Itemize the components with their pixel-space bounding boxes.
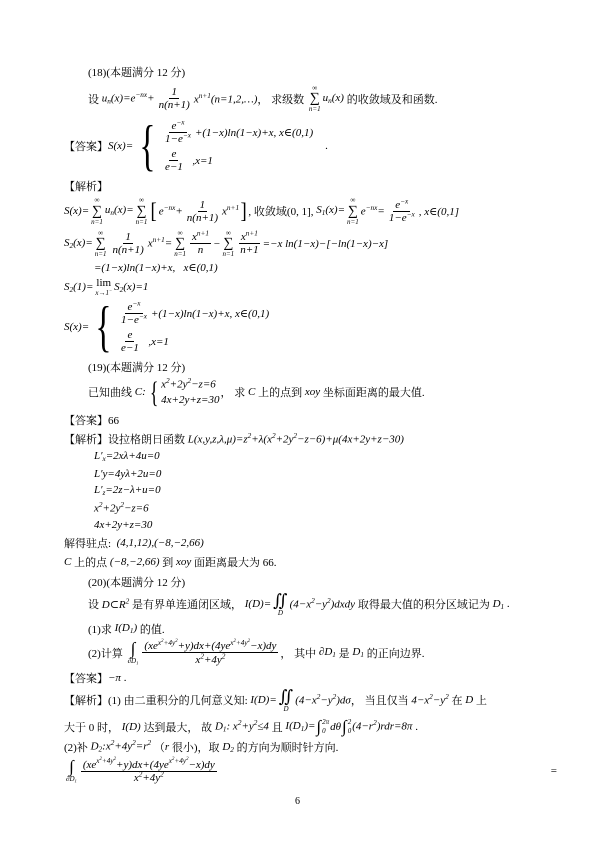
sigma-icon: ∑ [92,205,102,218]
subscript: 2 [70,242,74,250]
math-run: xn+1 [222,205,239,217]
superscript: 2 [161,639,163,644]
text-run: ， 求级数 [257,91,307,107]
sigma-icon: ∑ [137,205,147,218]
math-run: S2(x)=1 [114,281,148,294]
superscript: 2 [114,758,116,763]
case-row: 4x+2y+z=30 [161,394,219,406]
numerator: e−x [393,198,410,211]
subscript: n [328,97,332,105]
case-rows: x2+2y2−z=64x+2y+z=30 [161,378,219,405]
text-run: 是 [336,645,353,661]
math-run: un(x) [323,92,344,105]
numerator: 1 [169,86,179,99]
math-run: n+1 [240,244,258,256]
denominator: e−1 [119,342,141,354]
math-run: e−x [395,199,408,211]
doc-line: (2)计算 ∫∂D1(xex2+4y2+y)dx+(4yex2+4y2−x)dy… [88,640,557,666]
math-run: S1(x)= [316,204,345,217]
math-run: D⊂R2 [102,598,130,611]
superscript: 2 [175,639,177,644]
math-run: 4−x2−y2 [411,694,448,706]
math-run: e−nx= [361,205,385,217]
fraction: ee−1 [163,148,185,173]
superscript: −nx [164,204,176,212]
fraction: ee−1 [119,329,141,354]
double-integral: ∬D [279,688,293,713]
superscript: −x [400,197,408,205]
integral-lower-limit: 0 [348,727,352,736]
superscript: n+1 [197,230,209,238]
text-run: 且 [269,719,286,735]
math-run: (xex2+4y2+y)dx+(4yex2+4y2−x)dy [83,759,215,771]
text-run: 是有界单连通闭区域， [129,596,245,612]
line-left-group: ∫∂D1(xex2+4y2+y)dx+(4yex2+4y2−x)dyx2+4y2 [64,758,219,784]
math-run: (−8,−2,66) [110,556,160,568]
sum-lower-limit: n=1 [309,105,321,113]
superscript: 2 [272,432,276,440]
superscript: 2 [99,501,103,509]
text-run: 上的点 [71,554,110,570]
text-run: 【解析】设拉格朗日函数 [64,431,188,447]
superscript: − [109,289,112,294]
sum-lower-limit: n=1 [174,250,186,258]
integral-icon: ∫ [316,718,321,735]
math-run: e−1 [165,161,183,173]
superscript: 2 [166,377,170,385]
doc-line: 4x+2y+z=30 [94,518,557,532]
fraction: (xex2+4y2+y)dx+(4yex2+4y2−x)dyx2+4y2 [142,640,278,666]
integral-limits: 2π0 [322,718,329,736]
fraction: 1n(n+1) [185,199,220,224]
text-run: 的值. [137,621,165,637]
case-row: e−x1−e−x+(1−x)ln(1−x)+x, x∈(0,1) [161,119,313,145]
doc-line: (18)(本题满分 12 分) [88,64,557,80]
math-run: I(D)= [250,694,276,706]
superscript: −x [176,118,184,126]
math-run: xn+1= [148,237,172,249]
superscript: 2 [248,432,252,440]
superscript: 2 [254,719,258,727]
sigma-icon: ∑ [310,92,320,105]
sigma-icon: ∑ [223,237,233,250]
superscript: 2 [238,719,242,727]
integral: ∫20 [342,718,351,736]
denominator: n+1 [238,244,260,256]
superscript: n+1 [153,236,165,244]
integral-icon: ∫ [131,640,136,657]
integral-icon: ∬ [273,592,287,609]
integral: ∫2π0 [316,718,329,736]
integral-lower-limit: ∂D1 [128,657,139,666]
text-run: . [314,140,328,152]
math-run: S(x)= [64,321,89,333]
superscript: x2+4y2 [158,639,178,647]
numerator: xn+1 [239,231,260,244]
math-run: 1 [125,231,131,243]
text-run: 【答案】 [64,138,108,154]
math-run: D1 [352,646,364,659]
document-page: (18)(本题满分 12 分)设 un(x)=e−nx+1n(n+1)xn+1(… [0,0,595,841]
equals-sign: = [551,765,557,777]
text-run: (2)补 [64,739,91,755]
math-run: +(1−x)ln(1−x)+x, x∈(0,1) [195,126,313,139]
integral-limits: 20 [348,718,352,736]
math-run: S2(1)= [64,281,93,294]
summation: ∞∑n=1 [136,196,148,225]
superscript: 2 [172,758,174,763]
text-run: (18)(本题满分 12 分) [88,64,185,80]
denominator: 1−e−x [387,212,417,224]
text-run: (19)(本题满分 12 分) [88,359,185,375]
superscript: 2 [234,639,236,644]
piecewise: {e−x1−e−x+(1−x)ln(1−x)+x, x∈(0,1)ee−1 ,x… [134,119,313,173]
superscript: 2 [333,693,337,701]
sum-lower-limit: n=1 [136,218,148,226]
math-run: , x∈(0,1] [419,205,459,218]
math-run: x2+4y2 [195,654,225,666]
superscript: −nx [366,204,378,212]
numerator: 1 [123,231,133,244]
sum-lower-limit: n=1 [95,250,107,258]
math-run: L(x,y,z,λ,μ)=z2+λ(x2+2y2−z−6)+μ(4x+2y+z−… [188,433,404,445]
text-run: 到 [160,554,177,570]
case-rows: e−x1−e−x+(1−x)ln(1−x)+x, x∈(0,1)ee−1 ,x=… [117,300,269,354]
subscript: 1 [136,660,138,665]
integral-upper-limit: 2 [348,718,352,727]
superscript: x2+4y2 [169,757,189,765]
math-run: x2+4y2 [134,772,164,784]
doc-line: 【答案】S(x)={e−x1−e−x+(1−x)ln(1−x)+x, x∈(0,… [64,119,557,173]
math-run: − [213,238,220,250]
text-run: 的方向为顺时针方向. [234,739,339,755]
math-run: n(n+1) [159,99,190,111]
math-run: xn+1 [241,231,258,243]
doc-line: L′y=4yλ+2u=0 [94,467,557,481]
integral-lower-limit: ∂D1 [66,775,77,784]
text-run: 解得驻点: [64,535,117,551]
math-run: C [248,386,255,398]
doc-line: 设 un(x)=e−nx+1n(n+1)xn+1(n=1,2,…)， 求级数 ∞… [88,84,557,113]
text-run: 的正向边界. [364,645,425,661]
text-run: 达到最大， 故 [141,719,215,735]
math-run: =(1−x)ln(1−x)+x, x∈(0,1) [94,261,218,274]
superscript: −x [183,132,191,140]
math-run: e [171,148,176,160]
text-run: . [504,598,510,610]
superscript: 2 [311,597,315,605]
superscript: 2 [120,501,124,509]
lim-word: lim [96,277,111,289]
math-run: n(n+1) [113,244,144,256]
integral-icon: ∫ [342,718,347,735]
sigma-icon: ∑ [96,237,106,250]
brace-icon: { [96,302,112,352]
case-row: x2+2y2−z=6 [161,378,219,390]
math-run: ,x=1 [187,155,213,167]
fraction: e−x1−e−x [387,198,417,224]
case-row: ee−1 ,x=1 [117,329,269,354]
superscript: 2 [248,639,250,644]
math-run: xn+1 [192,231,209,243]
math-run: 1−e−x [121,314,147,326]
math-run: un(x)= [105,204,134,217]
superscript: n+1 [227,204,239,212]
math-run: e−x [127,301,140,313]
math-run: S(x)= [108,140,133,152]
math-run: 4x+2y+z=30 [161,394,219,406]
brace-icon: { [140,121,156,171]
text-run: . [412,721,418,733]
math-run: C [64,556,71,568]
fraction: e−x1−e−x [119,300,149,326]
text-run: 上 [473,692,487,708]
numerator: (xex2+4y2+y)dx+(4yex2+4y2−x)dy [81,758,217,771]
text-run: 设 [88,596,102,612]
fraction: xn+1n [190,231,211,257]
math-run: 1 [200,199,206,211]
math-run: un(x)=e−nx+ [102,92,155,106]
sum-lower-limit: n=1 [91,218,103,226]
math-run: =−x ln(1−x)−[−ln(1−x)−x] [263,238,389,250]
math-run: I(D1) [115,622,138,635]
math-run: I(D) [122,721,141,733]
superscript: x2+4y2 [230,639,250,647]
sigma-icon: ∑ [348,205,358,218]
math-run: ∂D1 [319,646,336,659]
subscript: 2 [120,286,124,294]
math-run: x2+2y2−z=6 [94,502,149,514]
superscript: 2 [132,739,136,747]
fraction: (xex2+4y2+y)dx+(4yex2+4y2−x)dyx2+4y2 [81,758,217,784]
doc-line: x2+2y2−z=6 [94,501,557,515]
numerator: e [125,329,134,342]
math-run: L′y=4yλ+2u=0 [94,468,161,480]
doc-line: L′z=2z−λ+u=0 [94,484,557,498]
integral-icon: ∬ [279,688,293,705]
doc-line: S2(1)=limx→1−S2(x)=1 [64,277,557,297]
superscript: x2+4y2 [96,757,116,765]
doc-line: 【答案】66 [64,412,557,428]
math-run: ,x=1 [143,336,169,348]
integral-lower-limit: D [278,609,283,617]
superscript: n+1 [246,230,258,238]
denominator: 1−e−x [163,133,193,145]
doc-line: ∫∂D1(xex2+4y2+y)dx+(4yex2+4y2−x)dyx2+4y2… [64,758,557,784]
text-run: 在 [449,692,466,708]
denominator: e−1 [163,161,185,173]
text-run: 面距离最大为 66. [191,554,276,570]
superscript: 2 [327,597,331,605]
math-run: dθ [330,721,341,733]
subscript: 1 [130,627,134,635]
subscript: x [103,455,106,463]
text-run: （ [151,739,165,755]
summation: ∞∑n=1 [347,196,359,225]
denominator: n(n+1) [185,212,220,224]
superscript: −x [139,313,147,321]
superscript: 2 [186,758,188,763]
fraction: xn+1n+1 [238,231,260,257]
text-run: ， 当且仅当 [351,692,412,708]
doc-line: 【解析】(1) 由二重积分的几何意义知: I(D)=∬D(4−x2−y2)dσ，… [64,688,557,713]
sigma-icon: ∑ [175,237,185,250]
text-run: 很小)，取 [169,739,222,755]
text-run: (1)求 [88,621,115,637]
summation: ∞∑n=1 [95,229,107,258]
doc-line: S(x)={e−x1−e−x+(1−x)ln(1−x)+x, x∈(0,1)ee… [64,300,557,354]
math-run: 1−e−x [389,212,415,224]
doc-line: S(x)=∞∑n=1un(x)=∞∑n=1[e−nx+1n(n+1)xn+1],… [64,196,557,225]
fraction: 1n(n+1) [157,86,192,111]
subscript: 2 [70,286,74,294]
integral-upper-limit: 2π [322,718,329,727]
math-run: (4−x2−y2)dσ [295,694,351,706]
brace-icon: { [150,379,159,406]
subscript: n [110,210,114,218]
fraction: e−x1−e−x [163,119,193,145]
superscript: 2 [200,652,204,660]
math-run: (4−r2)rdr=8π [352,720,412,732]
summation: ∞∑n=1 [91,196,103,225]
math-run: +(1−x)ln(1−x)+x, x∈(0,1) [151,307,269,320]
integral-lower-limit: 0 [322,727,329,736]
math-run: D1 [493,598,505,611]
math-run: D [465,694,473,706]
doc-line: (1)求 I(D1) 的值. [88,621,557,637]
subscript: 1 [75,779,77,784]
numerator: e−x [169,119,186,132]
superscript: −x [132,299,140,307]
superscript: 2 [139,771,143,779]
superscript: 2 [317,693,321,701]
math-run: 4x+2y+z=30 [94,519,152,531]
math-run: D1: x2+y2≤4 [215,720,269,734]
numerator: (xex2+4y2+y)dx+(4yex2+4y2−x)dy [142,640,278,653]
case-row: e−x1−e−x+(1−x)ln(1−x)+x, x∈(0,1) [117,300,269,326]
numerator: e−x [125,300,142,313]
math-run: xn+1(n=1,2,…) [194,93,258,105]
denominator: n(n+1) [157,99,192,111]
text-run: 坐标面距离的最大值. [320,384,425,400]
math-run: 1−e−x [165,133,191,145]
text-run: ， 其中 [280,645,319,661]
doc-line: L′x=2xλ+4u=0 [94,450,557,464]
math-run: (4,1,12),(−8,−2,66) [117,537,204,549]
text-run: , 收敛域(0, 1], [248,203,316,219]
denominator: n(n+1) [111,244,146,256]
bracket: ] [241,200,247,222]
text-run: 【答案】66 [64,412,119,428]
document-content: (18)(本题满分 12 分)设 un(x)=e−nx+1n(n+1)xn+1(… [64,64,557,784]
text-run: 【解析】 [64,178,108,194]
math-run: C: [135,386,146,398]
superscript: 2 [99,758,101,763]
math-run: L′z=2z−λ+u=0 [94,484,161,497]
math-run: L′x=2xλ+4u=0 [94,450,160,463]
doc-line: 大于 0 时， I(D) 达到最大， 故 D1: x2+y2≤4 且 I(D1)… [64,718,557,736]
text-run: 设 [88,91,102,107]
doc-line: S2(x)=∞∑n=11n(n+1)xn+1=∞∑n=1xn+1n−∞∑n=1x… [64,229,557,258]
doc-line: 【解析】 [64,178,557,194]
case-row: ee−1 ,x=1 [161,148,313,173]
math-run: I(D)= [245,598,271,610]
superscript: −nx [135,91,147,99]
fraction: 1n(n+1) [111,231,146,256]
text-run: 已知曲线 [88,384,135,400]
superscript: 2 [222,652,226,660]
subscript: n [107,97,111,105]
math-run: xoy [305,386,320,398]
math-run: (4−x2−y2)dxdy [290,598,355,610]
doc-line: (2)补 D2:x2+4y2=r2 （r 很小)，取 D2 的方向为顺时针方向. [64,739,557,755]
superscript: n+1 [199,92,211,100]
numerator: 1 [198,199,208,212]
page-number: 6 [0,796,595,807]
math-run: D2 [222,741,234,754]
math-run: e−x [171,120,184,132]
superscript: 2 [111,739,115,747]
doc-line: 【答案】−π . [64,670,557,686]
math-run: xoy [176,556,191,568]
math-run: n [198,244,204,256]
numerator: e [169,148,178,161]
summation: ∞∑n=1 [309,84,321,113]
superscript: −x [407,211,415,219]
superscript: 2 [373,719,377,727]
text-run: 【答案】 [64,670,108,686]
subscript: 1 [322,210,326,218]
text-run: 上的点到 [255,384,305,400]
text-run: ， 求 [220,384,248,400]
superscript: 2 [293,432,297,440]
denominator: n [196,244,206,256]
superscript: 2 [187,377,191,385]
superscript: 2 [429,693,433,701]
math-run: e−nx+ [159,205,183,217]
math-run: x2+2y2−z=6 [161,378,216,390]
sum-lower-limit: n=1 [347,218,359,226]
summation: ∞∑n=1 [222,229,234,258]
doc-line: 已知曲线 C:{x2+2y2−z=64x+2y+z=30， 求 C 上的点到 x… [88,378,557,405]
doc-line: (19)(本题满分 12 分) [88,359,557,375]
doc-line: (20)(本题满分 12 分) [88,574,557,590]
doc-line: C 上的点 (−8,−2,66) 到 xoy 面距离最大为 66. [64,554,557,570]
bracket: [ [151,200,157,222]
text-run: . [121,672,127,684]
doc-line: =(1−x)ln(1−x)+x, x∈(0,1) [94,260,557,274]
subscript: 1 [301,725,305,733]
doc-line: 【解析】设拉格朗日函数 L(x,y,z,λ,μ)=z2+λ(x2+2y2−z−6… [64,431,557,447]
math-run: n(n+1) [187,212,218,224]
math-run: e−1 [121,342,139,354]
subscript: 1 [223,725,227,733]
contour-integral: ∫∂D1 [128,640,139,666]
numerator: xn+1 [190,231,211,244]
math-run: (xex2+4y2+y)dx+(4yex2+4y2−x)dy [144,640,276,652]
piecewise: {e−x1−e−x+(1−x)ln(1−x)+x, x∈(0,1)ee−1 ,x… [90,300,269,354]
text-run: 的收敛域及和函数. [344,91,438,107]
math-run: −π [108,672,121,684]
doc-line: 解得驻点: (4,1,12),(−8,−2,66) [64,535,557,551]
summation: ∞∑n=1 [174,229,186,258]
math-run: S(x)= [64,205,89,217]
double-integral: ∬D [273,592,287,617]
math-run: S2(x)= [64,237,93,250]
math-run: I(D1)= [285,720,315,733]
math-run: D2:x2+4y2=r2 [91,740,152,754]
denominator: x2+4y2 [193,653,227,665]
